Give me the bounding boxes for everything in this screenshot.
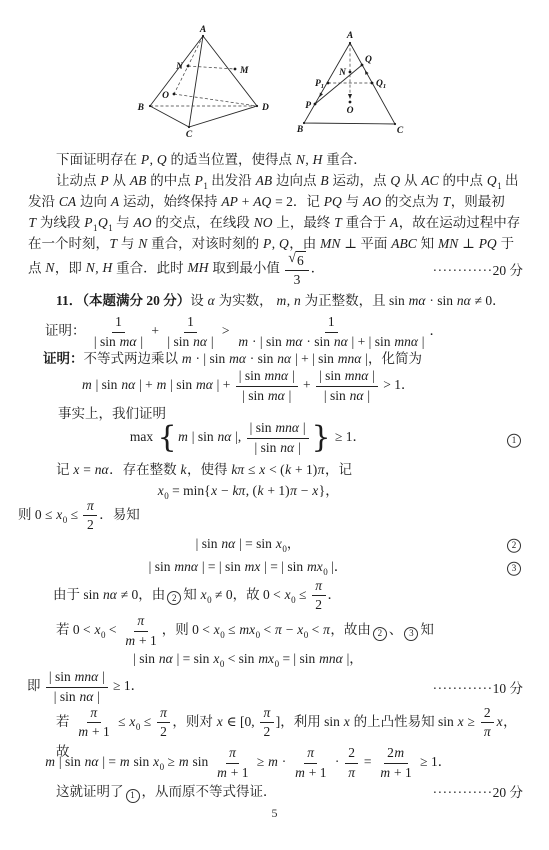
- text-line: | sin nα | = sin x0，2: [28, 532, 523, 554]
- vertex-label-A: A: [346, 31, 353, 41]
- text-line: 即 | sin mnα || sin nα | ≥ 1．············…: [27, 668, 523, 706]
- vertex-label-B: B: [296, 125, 303, 135]
- vertex-label-B: B: [137, 103, 144, 113]
- text-line: 则 0 ≤ x0 ≤ π2．易知: [18, 498, 523, 533]
- text-line: 由于 sin nα ≠ 0，由2知 x0 ≠ 0，故 0 < x0 ≤ π2．: [53, 578, 523, 613]
- page-number: 5: [0, 806, 549, 821]
- text-line: | sin nα | = sin x0 < sin mx0 = | sin mn…: [28, 647, 523, 669]
- point-label-O: O: [347, 106, 354, 116]
- point-label-N: N: [175, 62, 184, 72]
- text-line: m | sin nα | + m | sin mα | + | sin mnα …: [28, 366, 523, 406]
- point-label-Q: Q: [365, 55, 372, 65]
- vertex-label-C: C: [397, 126, 404, 136]
- text-line: 这就证明了1，从而原不等式得证．············20 分: [56, 780, 523, 803]
- vertex-label-C: C: [186, 130, 193, 140]
- document-page: A B C D N M O A B C Q N P1 Q1 P O 下面证明存在: [0, 0, 549, 850]
- text-line: 点 N，即 N, H 重合．此时 MH 取到最小值 √63．··········…: [28, 250, 523, 288]
- point-label-N: N: [338, 68, 347, 78]
- point-label-M: M: [239, 66, 249, 76]
- point-label-P1: P1: [315, 79, 324, 90]
- text-line: | sin mnα | = | sin mx | = | sin mx0 |．3: [28, 555, 523, 577]
- text-line: 发沿 CA 边向 A 运动，始终保持 AP + AQ = 2．记 PQ 与 AO…: [28, 190, 523, 210]
- text-line: 记 x = nα．存在整数 k，使得 kπ ≤ x < (k + 1)π，记: [56, 458, 523, 478]
- text-line: max {m | sin nα |, | sin mnα || sin nα |…: [28, 418, 523, 458]
- figure-triangle: A B C Q N P1 Q1 P O: [290, 27, 410, 139]
- text-line: T 为线段 P1Q1 与 AO 的交点，在线段 NO 上，最终 T 重合于 A，…: [28, 211, 523, 233]
- text-line: m | sin nα | = m sin x0 ≥ m sin πm + 1 ≥…: [28, 744, 523, 782]
- vertex-label-D: D: [261, 103, 269, 113]
- text-line: 让动点 P 从 AB 的中点 P1 出发沿 AB 边向点 B 运动，点 Q 从 …: [56, 169, 523, 191]
- point-label-Q1: Q1: [376, 79, 386, 90]
- text-line: 11．（本题满分 20 分）设 α 为实数， m, n 为正整数，且 sin m…: [56, 288, 523, 310]
- text-line: 在一个时刻，T 与 N 重合，对该时刻的 P, Q，由 MN ⊥ 平面 ABC …: [28, 232, 523, 252]
- text-line: 证明：不等式两边乘以 m · | sin mα · sin nα | + | s…: [43, 346, 523, 368]
- figure-tetrahedron: A B C D N M O: [128, 22, 278, 140]
- text-line: 若 0 < x0 < πm + 1，则 0 < x0 ≤ mx0 < π − x…: [56, 613, 523, 649]
- vertex-label-A: A: [199, 25, 206, 35]
- point-label-P: P: [305, 101, 311, 111]
- point-label-O: O: [162, 91, 169, 101]
- text-line: 下面证明存在 P, Q 的适当位置，使得点 N, H 重合．: [56, 148, 523, 168]
